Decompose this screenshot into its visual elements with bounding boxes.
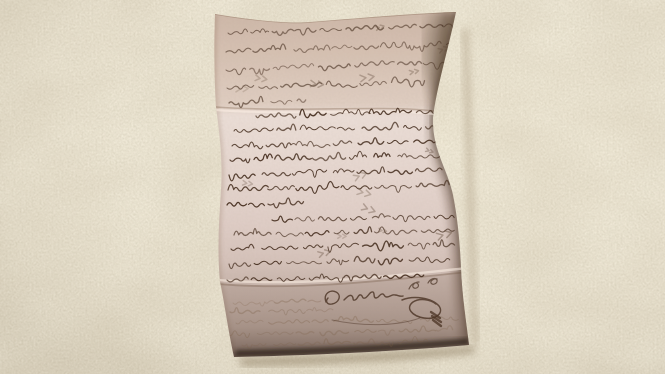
photo-frame	[0, 0, 665, 374]
letter-paper	[205, 0, 475, 374]
letter-photograph	[0, 0, 665, 374]
